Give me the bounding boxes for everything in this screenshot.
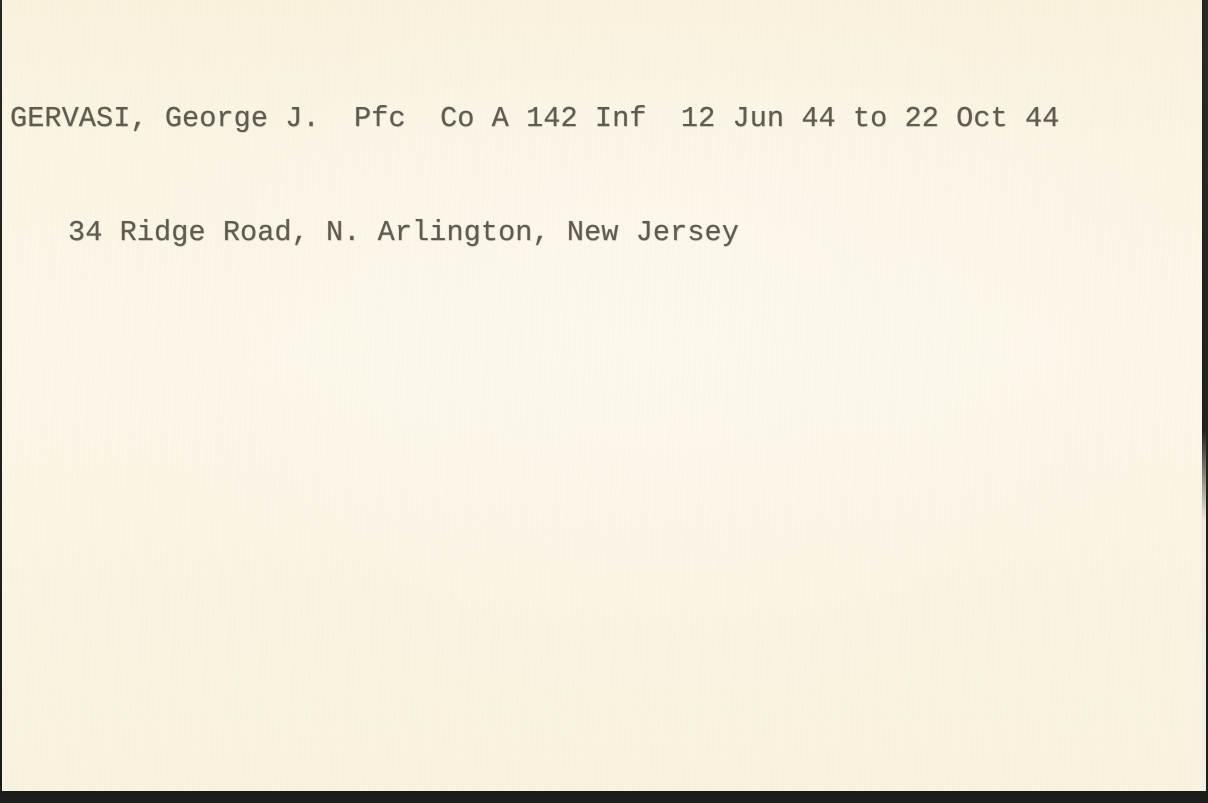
index-card: GERVASI, George J. Pfc Co A 142 Inf 12 J… [2,0,1202,791]
scanner-background: GERVASI, George J. Pfc Co A 142 Inf 12 J… [0,0,1208,803]
service-record-line: GERVASI, George J. Pfc Co A 142 Inf 12 J… [10,100,1059,138]
address-line: 34 Ridge Road, N. Arlington, New Jersey [10,214,1059,252]
card-edge-highlight [1201,430,1206,791]
typewritten-text: GERVASI, George J. Pfc Co A 142 Inf 12 J… [10,24,1059,328]
